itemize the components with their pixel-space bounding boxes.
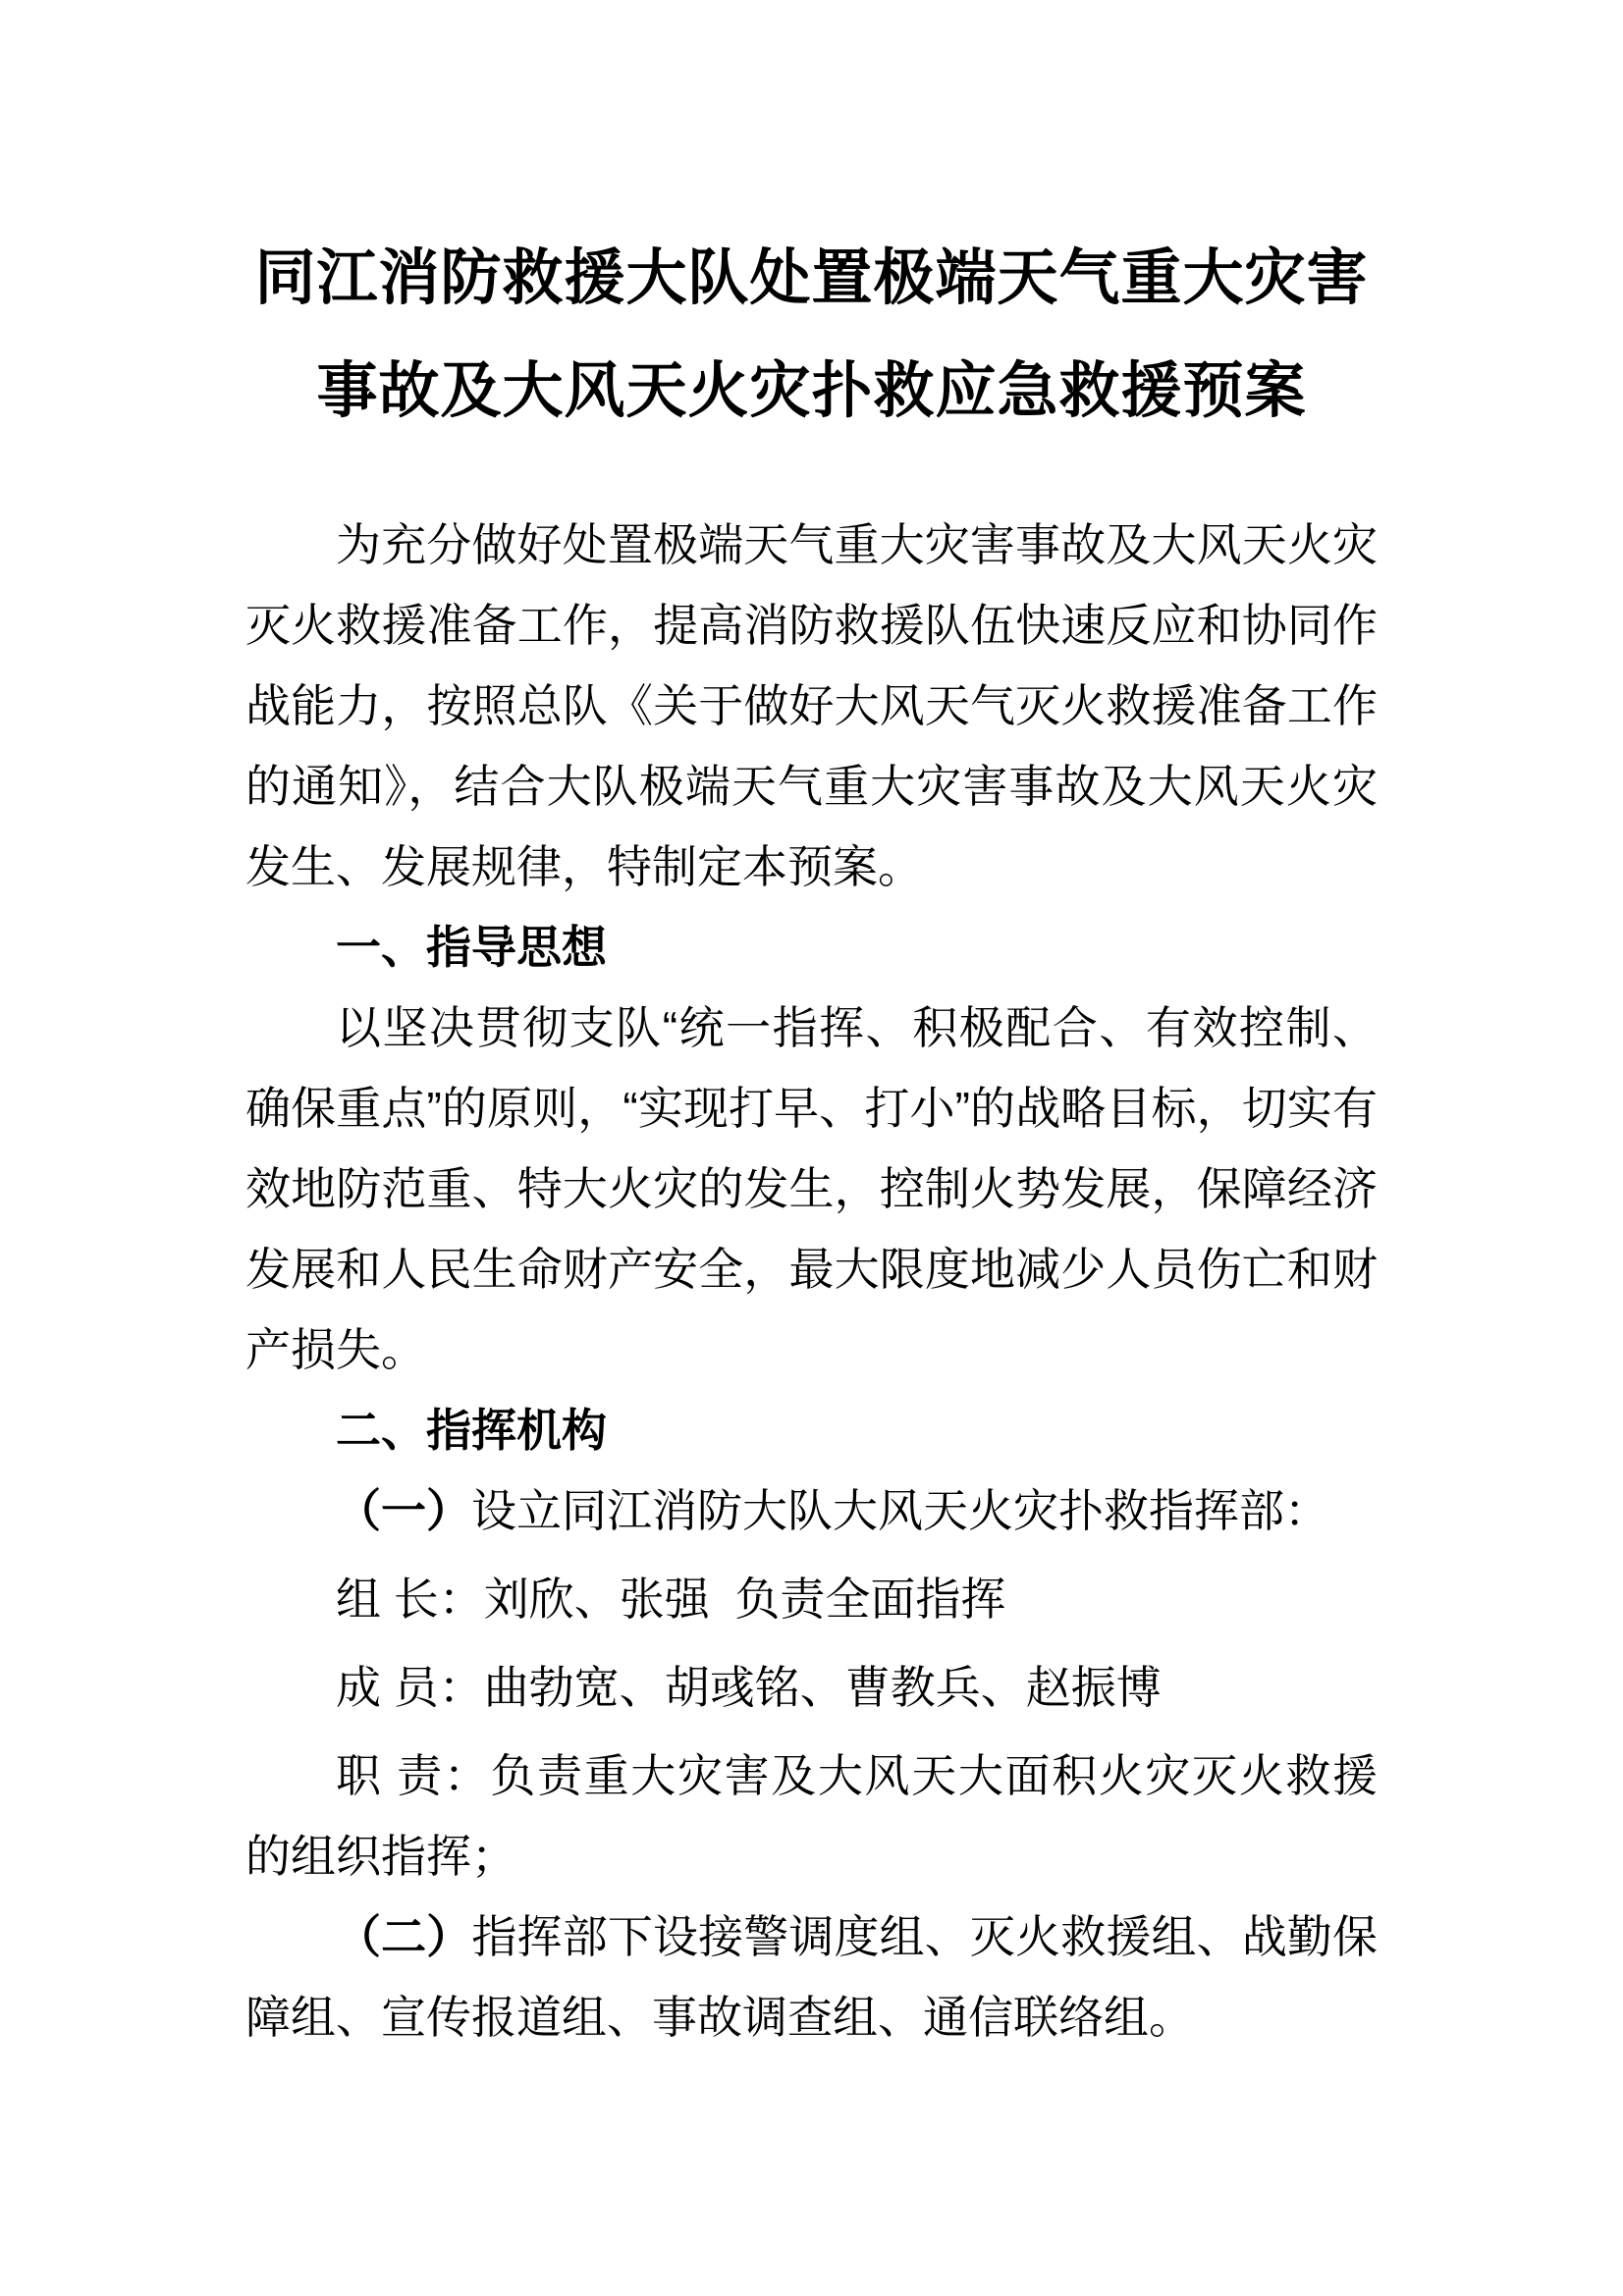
item-2-label: （二） <box>336 1911 471 1962</box>
duty-line: 职 责：负责重大灾害及大风天大面积火灾灭火救援的组织指挥； <box>245 1735 1378 1896</box>
section-2-heading: 二、指挥机构 <box>245 1390 1378 1470</box>
title-line-2: 事故及大风天火灾扑救应急救援预案 <box>245 335 1378 448</box>
document-content: 同江消防救援大队处置极端天气重大灾害 事故及大风天火灾扑救应急救援预案 为充分做… <box>0 0 1623 2057</box>
document-title: 同江消防救援大队处置极端天气重大灾害 事故及大风天火灾扑救应急救援预案 <box>245 222 1378 448</box>
item-1-label: （一） <box>336 1485 471 1536</box>
title-line-1: 同江消防救援大队处置极端天气重大灾害 <box>245 222 1378 335</box>
item-1-text: 设立同江消防大队大风天火灾扑救指挥部： <box>471 1485 1329 1536</box>
item-2-line: （二）指挥部下设接警调度组、灭火救援组、战勤保障组、宣传报道组、事故调查组、通信… <box>245 1896 1378 2057</box>
item-1-line: （一）设立同江消防大队大风天火灾扑救指挥部： <box>245 1470 1378 1551</box>
leader-line: 组 长：刘欣、张强 负责全面指挥 <box>245 1559 1378 1639</box>
member-line: 成 员：曲勃宽、胡彧铭、曹教兵、赵振博 <box>245 1647 1378 1728</box>
section-1-heading: 一、指导思想 <box>245 907 1378 988</box>
section-1-paragraph: 以坚决贯彻支队“统一指挥、积极配合、有效控制、确保重点”的原则，“实现打早、打小… <box>245 988 1378 1390</box>
document-page: 同江消防救援大队处置极端天气重大灾害 事故及大风天火灾扑救应急救援预案 为充分做… <box>0 0 1623 2296</box>
intro-paragraph: 为充分做好处置极端天气重大灾害事故及大风天火灾灭火救援准备工作，提高消防救援队伍… <box>245 505 1378 907</box>
